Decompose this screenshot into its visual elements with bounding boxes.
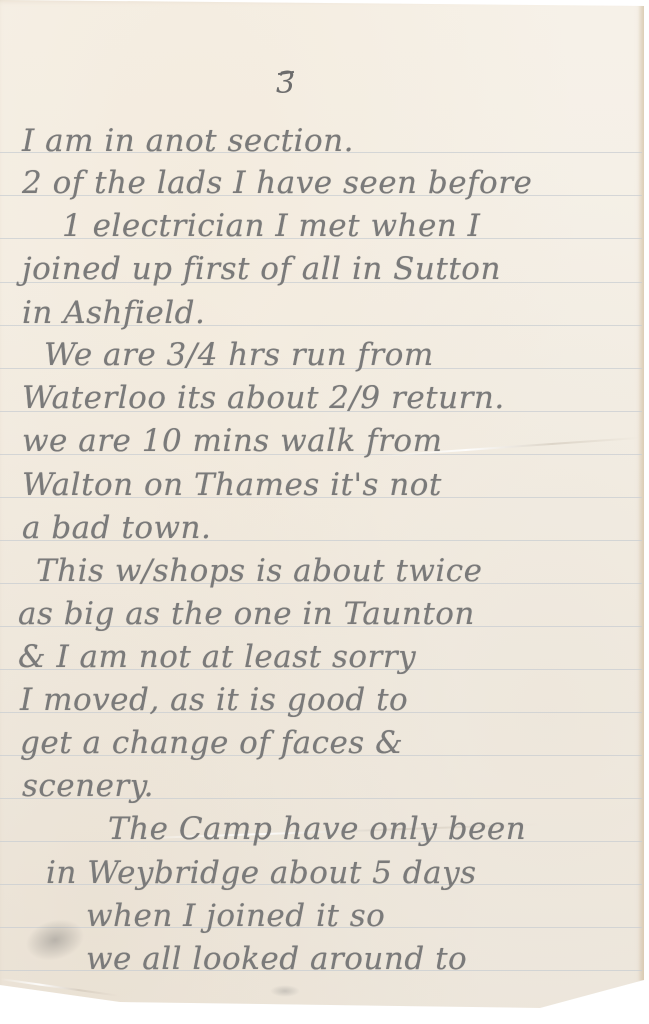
handwritten-line: scenery. (22, 771, 154, 802)
handwritten-line: we are 10 mins walk from (22, 426, 443, 457)
handwritten-line: get a change of faces & (20, 728, 403, 759)
handwritten-line: This w/shops is about twice (36, 556, 483, 587)
page-number: 3 (276, 66, 295, 101)
handwritten-line: The Camp have only been (108, 814, 526, 845)
pencil-smudge (270, 985, 300, 997)
paper-crease (0, 978, 119, 997)
letter-page: 3 I am in anot section. 2 of the lads I … (0, 0, 644, 1020)
handwritten-line: Waterloo its about 2/9 return. (22, 383, 505, 414)
paper-edge-shadow (638, 0, 644, 980)
handwritten-line: 1 electrician I met when I (62, 211, 480, 242)
handwritten-line: in Ashfield. (22, 298, 205, 329)
handwritten-line: as big as the one in Taunton (18, 599, 475, 630)
handwritten-line: & I am not at least sorry (18, 642, 416, 673)
handwritten-line: We are 3/4 hrs run from (44, 340, 434, 371)
handwritten-line: Walton on Thames it's not (22, 470, 442, 501)
pencil-smudge (21, 913, 89, 967)
handwritten-line: we all looked around to (86, 944, 467, 975)
handwritten-line: joined up first of all in Sutton (22, 254, 501, 285)
handwritten-line: a bad town. (22, 513, 211, 544)
handwritten-line: I moved, as it is good to (20, 685, 408, 716)
handwritten-line: 2 of the lads I have seen before (22, 168, 532, 199)
handwritten-line: when I joined it so (86, 901, 385, 932)
handwritten-line: in Weybridge about 5 days (46, 858, 477, 889)
handwritten-line: I am in anot section. (22, 126, 354, 157)
